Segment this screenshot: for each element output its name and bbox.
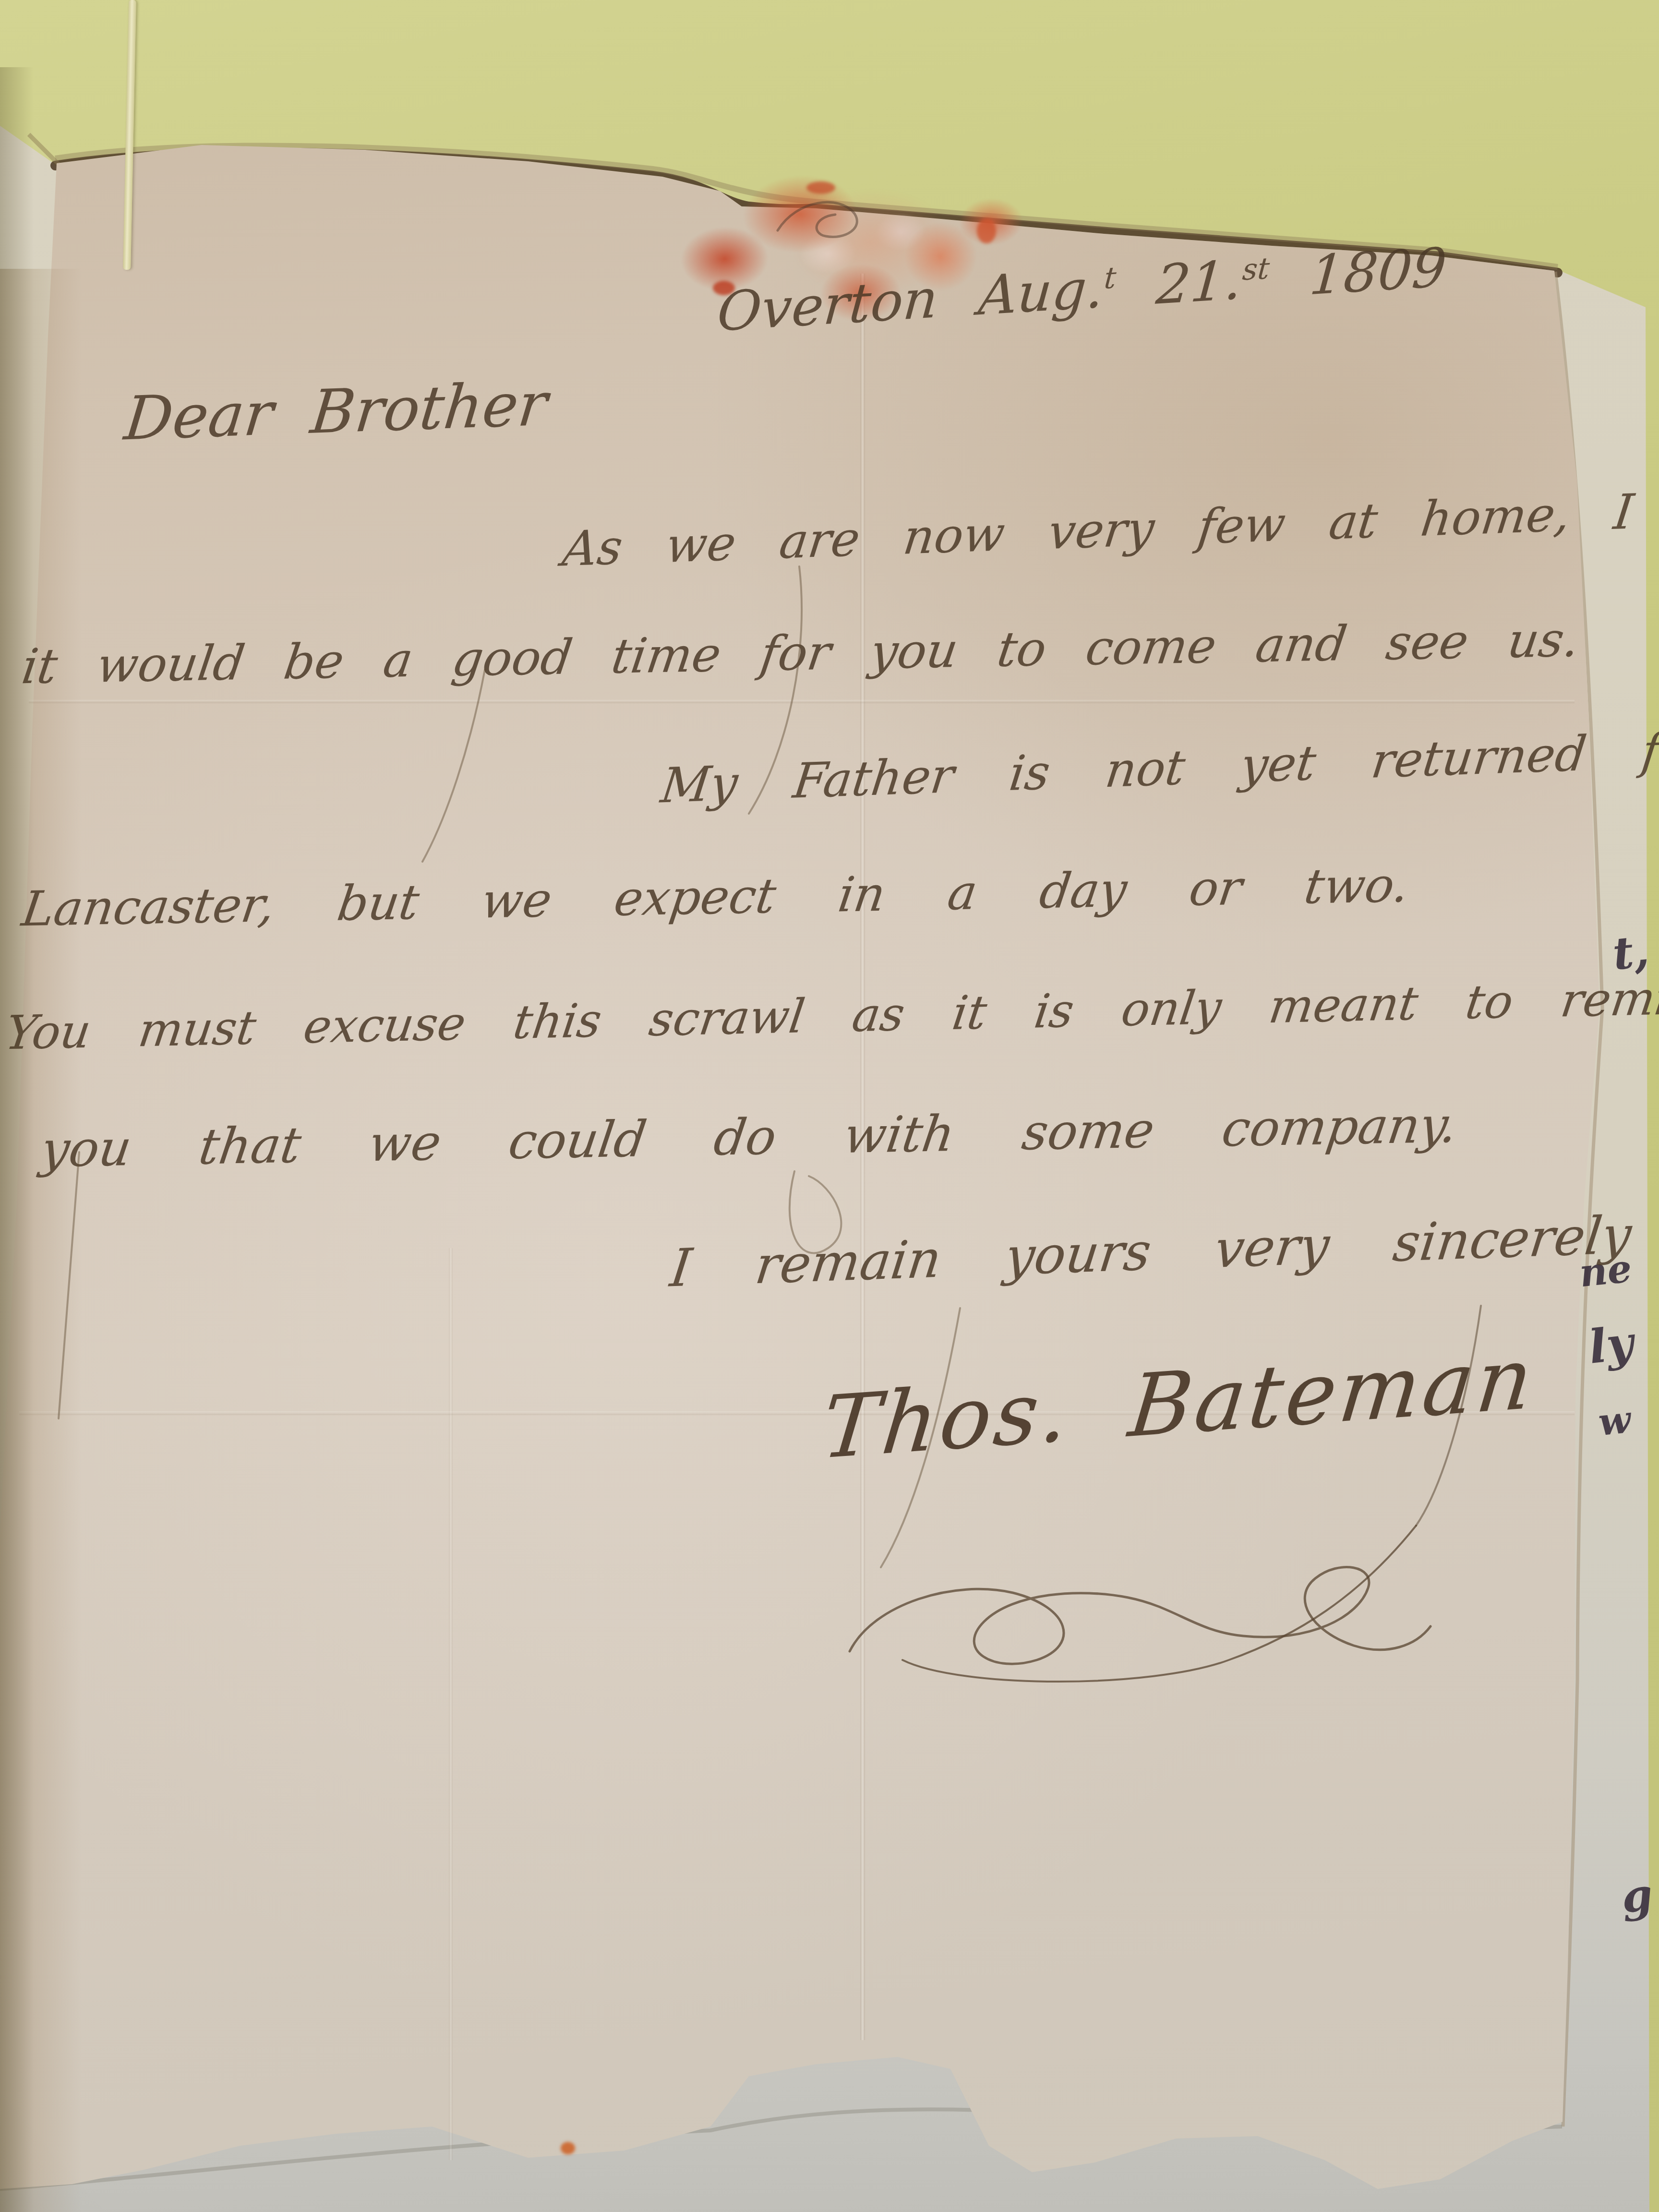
wax-seal-speck — [806, 181, 835, 194]
margin-fragment: ly — [1586, 1315, 1636, 1374]
photo-of-letter: Overton Aug.t 21.st 1809 Dear Brother As… — [0, 0, 1659, 2212]
dateline-day: 21. — [1154, 249, 1244, 317]
margin-fragment: g — [1619, 1868, 1655, 1923]
dateline-month-suffix: t — [1103, 260, 1118, 296]
margin-fragment: w — [1596, 1398, 1633, 1445]
dateline-month: Aug. — [976, 257, 1106, 328]
red-spot-bottom — [561, 2142, 575, 2154]
wax-seal-speck — [977, 218, 996, 243]
dateline-day-suffix: st — [1241, 251, 1271, 288]
dateline-year: 1809 — [1307, 236, 1449, 307]
